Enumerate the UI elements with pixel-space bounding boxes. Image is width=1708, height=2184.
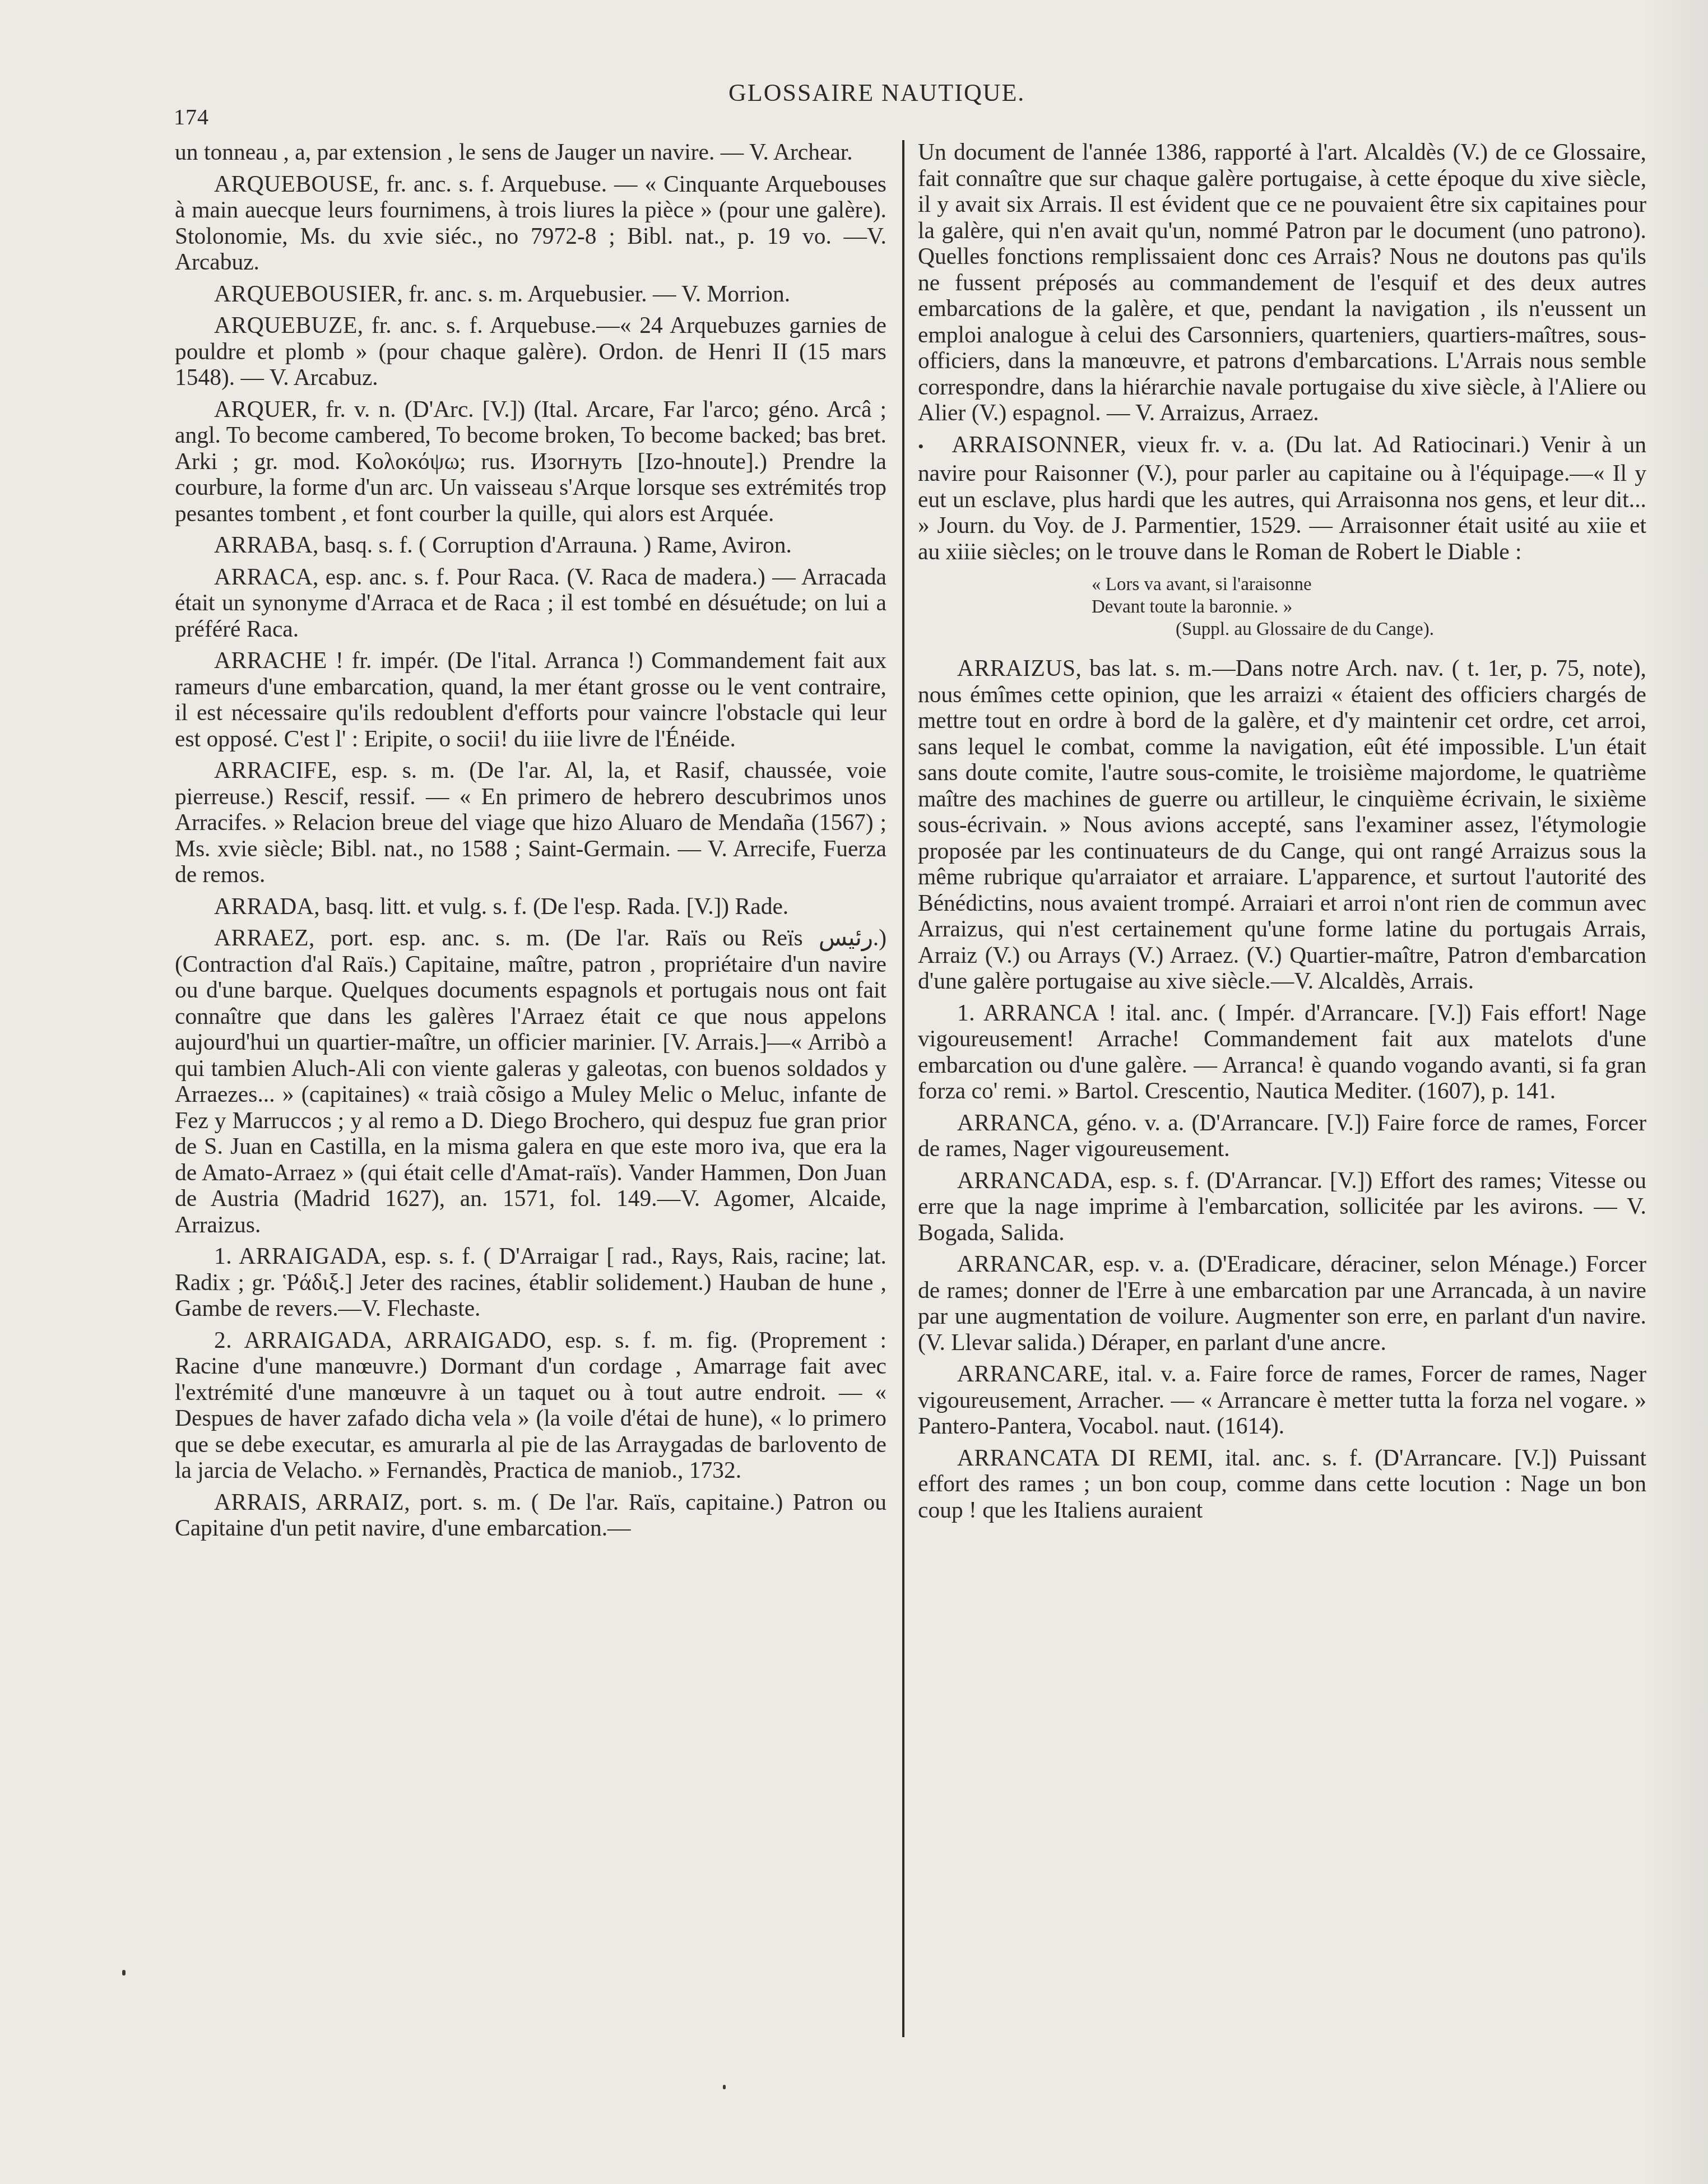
headword: ARQUER: [214, 396, 312, 422]
headword: ARRANCA: [957, 1110, 1073, 1135]
entry-continuation: un tonneau , a, par extension , le sens …: [175, 139, 887, 165]
entry-arraca: ARRACA, esp. anc. s. f. Pour Raca. (V. R…: [175, 564, 887, 642]
right-column: Un document de l'année 1386, rapporté à …: [918, 139, 1646, 1528]
headword: ARRAISONNER: [952, 432, 1121, 457]
entry-arranca-1: 1. ARRANCA ! ital. anc. ( Impér. d'Arran…: [918, 1000, 1646, 1104]
running-title: GLOSSAIRE NAUTIQUE.: [728, 78, 1025, 107]
headword: ARRACHE: [214, 647, 327, 673]
entry-arrada: ARRADA, basq. litt. et vulg. s. f. (De l…: [175, 893, 887, 920]
entry-arquebouse: ARQUEBOUSE, fr. anc. s. f. Arquebuse. — …: [175, 171, 887, 275]
verse-line: « Lors va avant, si l'araisonne: [1092, 573, 1646, 596]
headword: 1. ARRAIGADA: [214, 1243, 381, 1269]
bullet-marker-icon: •: [918, 438, 924, 456]
entry-arraigada-1: 1. ARRAIGADA, esp. s. f. ( D'Arraigar [ …: [175, 1243, 887, 1321]
entry-arraizus: ARRAIZUS, bas lat. s. m.—Dans notre Arch…: [918, 655, 1646, 994]
entry-arraisonner: •ARRAISONNER, vieux fr. v. a. (Du lat. A…: [918, 432, 1646, 565]
entry-arquer: ARQUER, fr. v. n. (D'Arc. [V.]) (Ital. A…: [175, 396, 887, 527]
headword: ARRANCAR: [957, 1251, 1089, 1277]
headword: ARRABA: [214, 532, 313, 558]
entry-arranca-geno: ARRANCA, géno. v. a. (D'Arrancare. [V.])…: [918, 1110, 1646, 1162]
quote-source: (Suppl. au Glossaire de du Cange).: [1176, 618, 1646, 641]
headword: ARQUEBUZE: [214, 312, 358, 338]
entry-arrais: ARRAIS, ARRAIZ, port. s. m. ( De l'ar. R…: [175, 1489, 887, 1541]
entry-continuation: Un document de l'année 1386, rapporté à …: [918, 139, 1646, 426]
page-edge-shadow: [1641, 0, 1708, 2184]
headword: ARRACIFE: [214, 757, 331, 783]
page-number: 174: [174, 104, 209, 130]
entry-arrancare: ARRANCARE, ital. v. a. Faire force de ra…: [918, 1361, 1646, 1439]
headword: ARRANCADA: [957, 1167, 1107, 1193]
entry-arraez: ARRAEZ, port. esp. anc. s. m. (De l'ar. …: [175, 925, 887, 1237]
left-column: un tonneau , a, par extension , le sens …: [175, 139, 887, 1547]
headword: 2. ARRAIGADA, ARRAIGADO: [214, 1327, 546, 1353]
headword: ARRAIZUS: [957, 655, 1076, 681]
headword: 1. ARRANCA: [957, 1000, 1099, 1026]
entry-arquebousier: ARQUEBOUSIER, fr. anc. s. m. Arquebusier…: [175, 281, 887, 307]
print-blemish: [723, 2085, 726, 2089]
headword: ARRADA: [214, 893, 314, 919]
verse-quotation: « Lors va avant, si l'araisonne Devant t…: [1092, 573, 1646, 641]
headword: ARQUEBOUSE: [214, 171, 373, 197]
headword: ARRACA: [214, 564, 313, 590]
headword: ARQUEBOUSIER: [214, 281, 397, 307]
entry-arracife: ARRACIFE, esp. s. m. (De l'ar. Al, la, e…: [175, 757, 887, 888]
print-blemish: [122, 1970, 126, 1976]
entry-arraba: ARRABA, basq. s. f. ( Corruption d'Arrau…: [175, 532, 887, 558]
entry-arrancada: ARRANCADA, esp. s. f. (D'Arrancar. [V.])…: [918, 1167, 1646, 1246]
entry-arrache: ARRACHE ! fr. impér. (De l'ital. Arranca…: [175, 647, 887, 752]
column-divider: [902, 140, 904, 2037]
entry-arrancar: ARRANCAR, esp. v. a. (D'Eradicare, dérac…: [918, 1251, 1646, 1355]
entry-arraigada-2: 2. ARRAIGADA, ARRAIGADO, esp. s. f. m. f…: [175, 1327, 887, 1483]
headword: ARRANCARE: [957, 1361, 1103, 1387]
headword: ARRAEZ: [214, 925, 309, 950]
headword: ARRANCATA DI REMI: [957, 1445, 1208, 1471]
entry-arrancata-di-remi: ARRANCATA DI REMI, ital. anc. s. f. (D'A…: [918, 1445, 1646, 1523]
headword: ARRAIS, ARRAIZ: [214, 1489, 404, 1515]
entry-arquebuze: ARQUEBUZE, fr. anc. s. f. Arquebuse.—« 2…: [175, 312, 887, 391]
verse-line: Devant toute la baronnie. »: [1092, 596, 1646, 618]
